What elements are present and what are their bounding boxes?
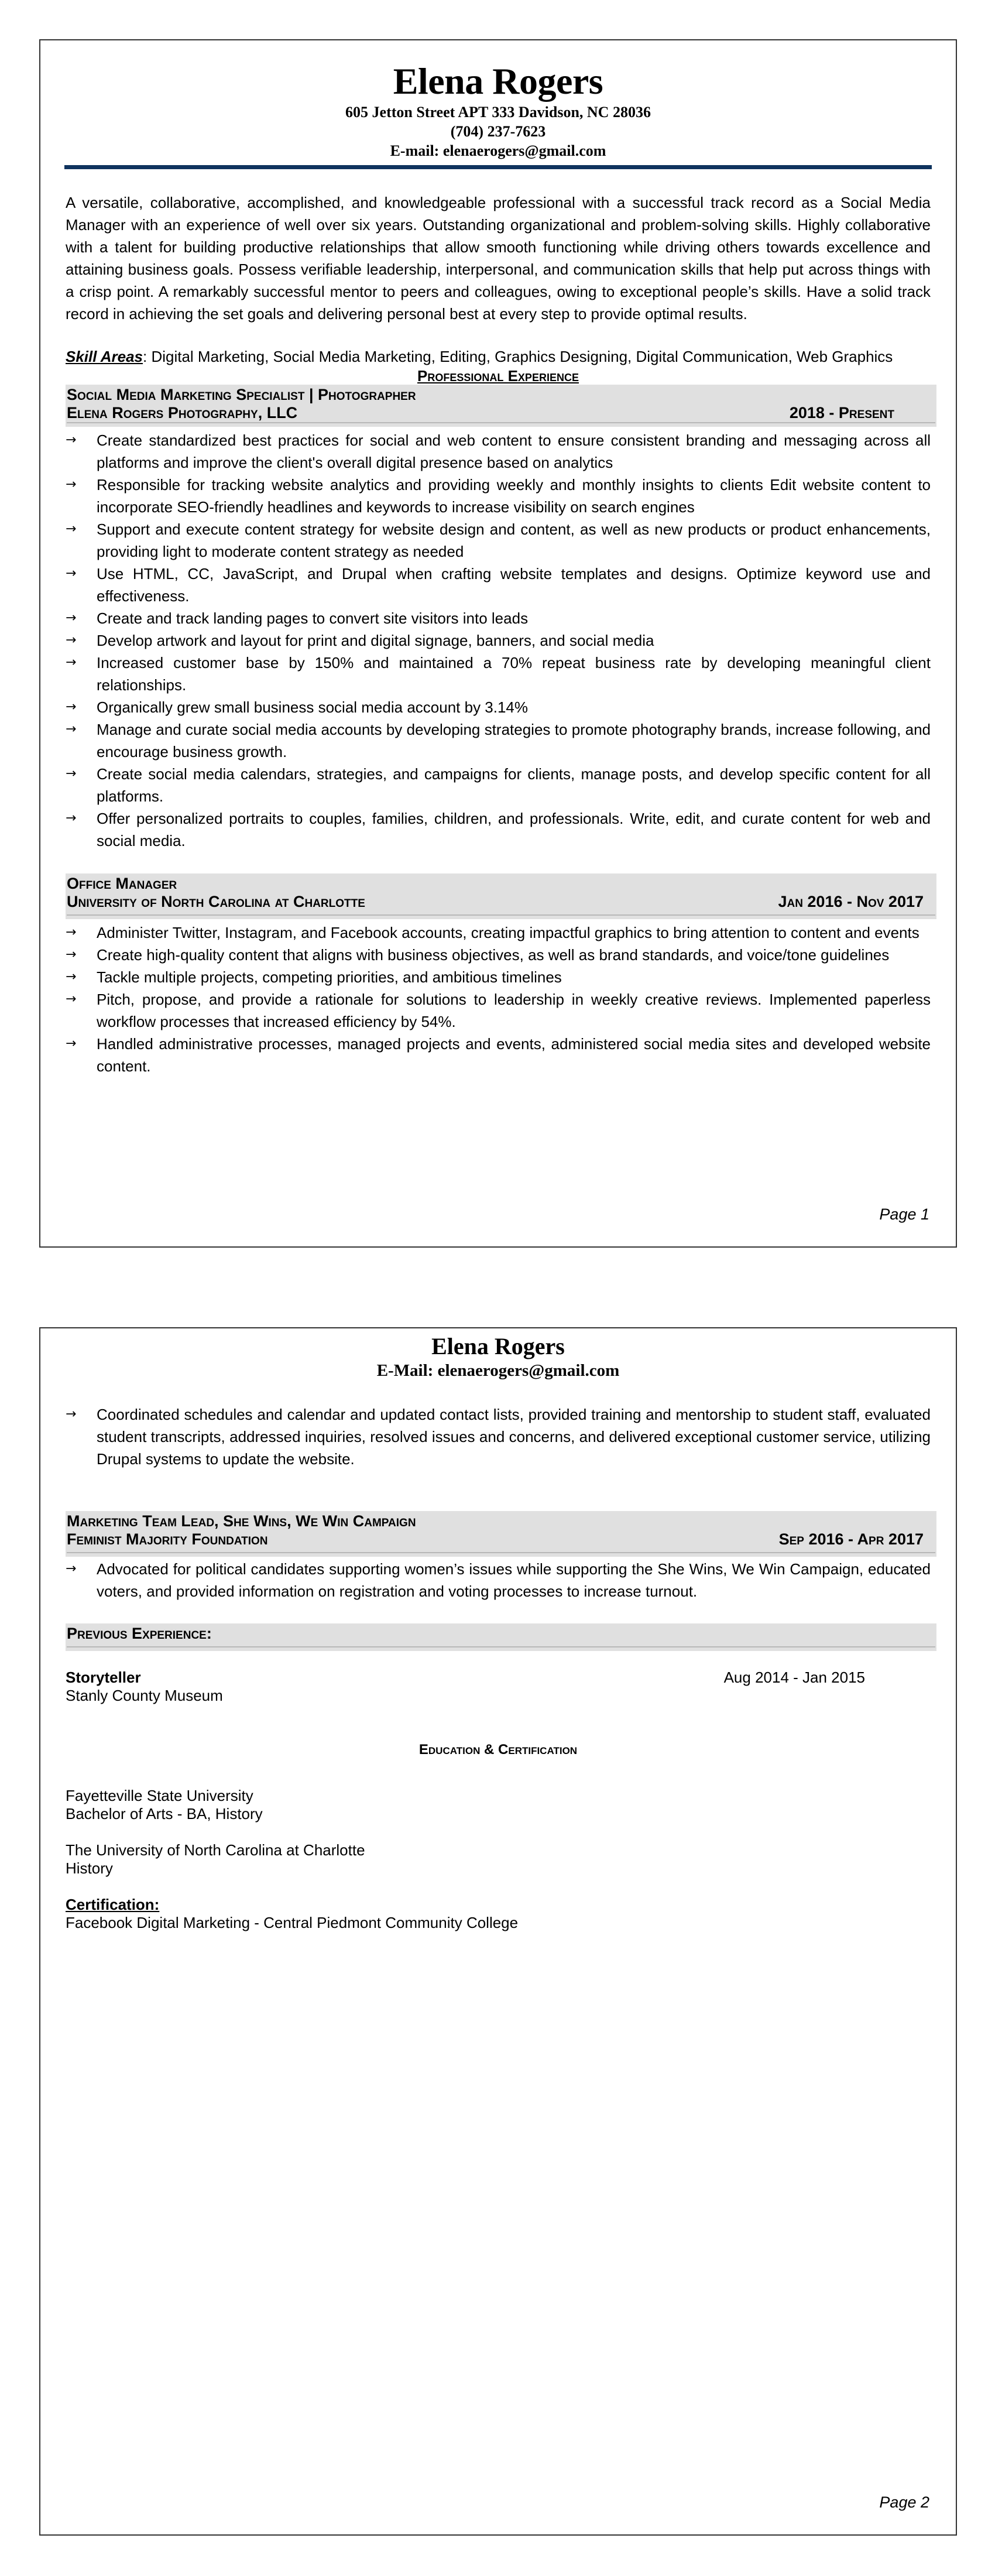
previous-organization: Stanly County Museum [66, 1687, 931, 1705]
arrow-right-icon: → [66, 944, 89, 966]
education-degree: Bachelor of Arts - BA, History [66, 1805, 931, 1823]
education-school: The University of North Carolina at Char… [66, 1841, 931, 1859]
bullet-item: →Use HTML, CC, JavaScript, and Drupal wh… [66, 563, 931, 607]
arrow-right-icon: → [66, 563, 89, 585]
certification-text: Facebook Digital Marketing - Central Pie… [66, 1914, 931, 1932]
arrow-right-icon: → [66, 988, 89, 1010]
section-title-education: Education & Certification [66, 1741, 931, 1759]
header-divider [64, 165, 932, 169]
job-entry-2: Office Manager University of North Carol… [66, 873, 931, 1077]
previous-experience-band: Previous Experience: [66, 1623, 936, 1651]
section-title-experience: Professional Experience [66, 367, 931, 385]
phone: (704) 237-7623 [66, 122, 931, 141]
education-degree: History [66, 1859, 931, 1878]
bullet-item: →Advocated for political candidates supp… [66, 1558, 931, 1602]
job-bullets-continued: →Coordinated schedules and calendar and … [66, 1403, 931, 1470]
bullet-item: →Tackle multiple projects, competing pri… [66, 966, 931, 988]
bullet-item: →Organically grew small business social … [66, 696, 931, 718]
email: E-mail: elenaerogers@gmail.com [66, 141, 931, 160]
certification-label: Certification: [66, 1896, 931, 1914]
bullet-item: →Administer Twitter, Instagram, and Face… [66, 922, 931, 944]
certification: Certification: Facebook Digital Marketin… [66, 1896, 931, 1932]
page-1-content: Elena Rogers 605 Jetton Street APT 333 D… [66, 40, 931, 1077]
job-header-band: Social Media Marketing Specialist | Phot… [66, 385, 936, 427]
page-number: Page 2 [879, 2493, 929, 2512]
bullet-text: Offer personalized portraits to couples,… [97, 810, 931, 849]
previous-role: Storyteller [66, 1669, 141, 1687]
previous-experience-title: Previous Experience: [67, 1625, 212, 1643]
page-number: Page 1 [879, 1205, 929, 1224]
bullet-text: Support and execute content strategy for… [97, 520, 931, 560]
job-dates: 2018 - Present [790, 404, 935, 422]
bullet-text: Create social media calendars, strategie… [97, 765, 931, 805]
arrow-right-icon: → [66, 1558, 89, 1580]
arrow-right-icon: → [66, 518, 89, 540]
bullet-text: Advocated for political candidates suppo… [97, 1560, 931, 1600]
arrow-right-icon: → [66, 607, 89, 629]
bullet-item: →Responsible for tracking website analyt… [66, 474, 931, 518]
job-entry-1: Social Media Marketing Specialist | Phot… [66, 385, 931, 852]
bullet-item: →Offer personalized portraits to couples… [66, 807, 931, 852]
job-title: Office Manager [67, 875, 177, 893]
arrow-right-icon: → [66, 763, 89, 785]
bullet-item: →Create and track landing pages to conve… [66, 607, 931, 629]
job-dates: Jan 2016 - Nov 2017 [778, 893, 935, 911]
bullet-text: Administer Twitter, Instagram, and Faceb… [97, 924, 919, 941]
job-bullets: →Administer Twitter, Instagram, and Face… [66, 922, 931, 1077]
education-school: Fayetteville State University [66, 1787, 931, 1805]
job-header-band: Marketing Team Lead, She Wins, We Win Ca… [66, 1511, 936, 1557]
previous-dates: Aug 2014 - Jan 2015 [724, 1669, 931, 1687]
job-bullets: →Advocated for political candidates supp… [66, 1558, 931, 1602]
arrow-right-icon: → [66, 652, 89, 674]
candidate-name: Elena Rogers [66, 60, 931, 102]
arrow-right-icon: → [66, 474, 89, 496]
bullet-text: Increased customer base by 150% and main… [97, 654, 931, 694]
arrow-right-icon: → [66, 696, 89, 718]
bullet-text: Handled administrative processes, manage… [97, 1035, 931, 1075]
bullet-item: →Increased customer base by 150% and mai… [66, 652, 931, 696]
bullet-item: →Coordinated schedules and calendar and … [66, 1403, 931, 1470]
arrow-right-icon: → [66, 718, 89, 741]
resume-page-2: Elena Rogers E-Mail: elenaerogers@gmail.… [39, 1327, 957, 2536]
bullet-item: →Handled administrative processes, manag… [66, 1033, 931, 1077]
bullet-text: Coordinated schedules and calendar and u… [97, 1406, 931, 1468]
arrow-right-icon: → [66, 1033, 89, 1055]
education-entry: Fayetteville State University Bachelor o… [66, 1787, 931, 1823]
arrow-right-icon: → [66, 966, 89, 988]
bullet-item: →Develop artwork and layout for print an… [66, 629, 931, 652]
bullet-text: Manage and curate social media accounts … [97, 721, 931, 761]
bullet-item: →Manage and curate social media accounts… [66, 718, 931, 763]
bullet-text: Create and track landing pages to conver… [97, 609, 528, 627]
bullet-item: →Create high-quality content that aligns… [66, 944, 931, 966]
bullet-text: Organically grew small business social m… [97, 698, 528, 716]
arrow-right-icon: → [66, 429, 89, 451]
skill-areas-list: : Digital Marketing, Social Media Market… [143, 348, 893, 365]
email-repeat: E-Mail: elenaerogers@gmail.com [66, 1360, 931, 1381]
job-company: Elena Rogers Photography, LLC [67, 404, 297, 422]
bullet-text: Create high-quality content that aligns … [97, 946, 889, 964]
professional-summary: A versatile, collaborative, accomplished… [66, 191, 931, 325]
arrow-right-icon: → [66, 629, 89, 652]
job-entry-3: Marketing Team Lead, She Wins, We Win Ca… [66, 1511, 931, 1602]
skill-areas: Skill Areas: Digital Marketing, Social M… [66, 347, 931, 366]
bullet-item: →Create social media calendars, strategi… [66, 763, 931, 807]
candidate-name-repeat: Elena Rogers [66, 1333, 931, 1360]
bullet-text: Pitch, propose, and provide a rationale … [97, 991, 931, 1030]
arrow-right-icon: → [66, 922, 89, 944]
job-dates: Sep 2016 - Apr 2017 [779, 1530, 935, 1549]
job-header-band: Office Manager University of North Carol… [66, 873, 936, 919]
page-2-content: Elena Rogers E-Mail: elenaerogers@gmail.… [66, 1328, 931, 1932]
bullet-text: Tackle multiple projects, competing prio… [97, 968, 562, 986]
job-bullets: →Create standardized best practices for … [66, 429, 931, 852]
resume-page-1: Elena Rogers 605 Jetton Street APT 333 D… [39, 39, 957, 1248]
bullet-text: Develop artwork and layout for print and… [97, 632, 654, 649]
bullet-item: →Support and execute content strategy fo… [66, 518, 931, 563]
skill-areas-label: Skill Areas [66, 348, 143, 365]
job-title: Social Media Marketing Specialist | Phot… [67, 386, 416, 404]
job-company: University of North Carolina at Charlott… [67, 893, 365, 911]
education-list: Fayetteville State University Bachelor o… [66, 1787, 931, 1932]
job-title: Marketing Team Lead, She Wins, We Win Ca… [67, 1512, 416, 1530]
bullet-text: Use HTML, CC, JavaScript, and Drupal whe… [97, 565, 931, 605]
arrow-right-icon: → [66, 807, 89, 830]
bullet-text: Create standardized best practices for s… [97, 431, 931, 471]
bullet-text: Responsible for tracking website analyti… [97, 476, 931, 516]
education-entry: The University of North Carolina at Char… [66, 1841, 931, 1878]
bullet-item: →Create standardized best practices for … [66, 429, 931, 474]
arrow-right-icon: → [66, 1403, 89, 1426]
job-company: Feminist Majority Foundation [67, 1530, 268, 1549]
previous-experience-item: Storyteller Aug 2014 - Jan 2015 Stanly C… [66, 1669, 931, 1705]
bullet-item: →Pitch, propose, and provide a rationale… [66, 988, 931, 1033]
address: 605 Jetton Street APT 333 Davidson, NC 2… [66, 102, 931, 122]
